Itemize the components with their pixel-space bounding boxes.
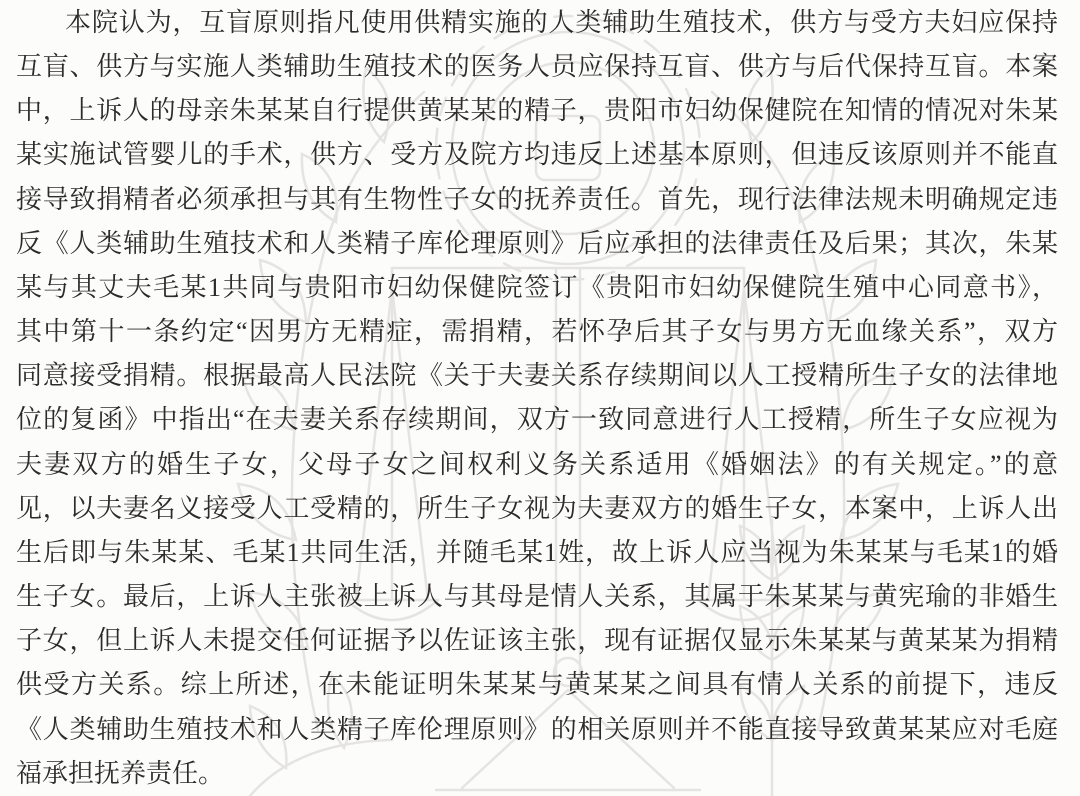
text-line: 生子女。最后，上诉人主张被上诉人与其母是情人关系，其属于朱某某与黄宪瑜的非婚生 (16, 575, 1058, 619)
text-line: 某实施试管婴儿的手术，供方、受方及院方均违反上述基本原则，但违反该原则并不能直 (16, 133, 1058, 177)
text-line: 互盲、供方与实施人类辅助生殖技术的医务人员应保持互盲、供方与后代保持互盲。本案 (16, 45, 1058, 89)
judgment-paragraph: 本院认为，互盲原则指凡使用供精实施的人类辅助生殖技术，供方与受方夫妇应保持互盲、… (16, 1, 1058, 796)
text-line: 某与其丈夫毛某1共同与贵阳市妇幼保健院签订《贵阳市妇幼保健院生殖中心同意书》， (16, 266, 1058, 310)
text-line: 子女，但上诉人未提交任何证据予以佐证该主张，现有证据仅显示朱某某与黄某某为捐精 (16, 619, 1058, 663)
text-line: 反《人类辅助生殖技术和人类精子库伦理原则》后应承担的法律责任及后果；其次，朱某 (16, 222, 1058, 266)
text-line: 夫妻双方的婚生子女，父母子女之间权利义务关系适用《婚姻法》的有关规定。”的意 (16, 443, 1058, 487)
text-line: 供受方关系。综上所述，在未能证明朱某某与黄某某之间具有情人关系的前提下，违反 (16, 663, 1058, 707)
text-line: 其中第十一条约定“因男方无精症，需捐精，若怀孕后其子女与男方无血缘关系”，双方 (16, 310, 1058, 354)
text-line: 同意接受捐精。根据最高人民法院《关于夫妻关系存续期间以人工授精所生子女的法律地 (16, 354, 1058, 398)
text-line: 见，以夫妻名义接受人工受精的，所生子女视为夫妻双方的婚生子女，本案中，上诉人出 (16, 487, 1058, 531)
text-line: 福承担抚养责任。 (16, 752, 1058, 796)
document-page: 本院认为，互盲原则指凡使用供精实施的人类辅助生殖技术，供方与受方夫妇应保持互盲、… (0, 0, 1080, 796)
text-line: 中，上诉人的母亲朱某某自行提供黄某某的精子，贵阳市妇幼保健院在知情的情况对朱某 (16, 89, 1058, 133)
text-line: 本院认为，互盲原则指凡使用供精实施的人类辅助生殖技术，供方与受方夫妇应保持 (16, 1, 1058, 45)
text-line: 生后即与朱某某、毛某1共同生活，并随毛某1姓，故上诉人应当视为朱某某与毛某1的婚 (16, 531, 1058, 575)
text-line: 《人类辅助生殖技术和人类精子库伦理原则》的相关原则并不能直接导致黄某某应对毛庭 (16, 708, 1058, 752)
text-line: 位的复函》中指出“在夫妻关系存续期间，双方一致同意进行人工授精，所生子女应视为 (16, 398, 1058, 442)
text-line: 接导致捐精者必须承担与其有生物性子女的抚养责任。首先，现行法律法规未明确规定违 (16, 178, 1058, 222)
